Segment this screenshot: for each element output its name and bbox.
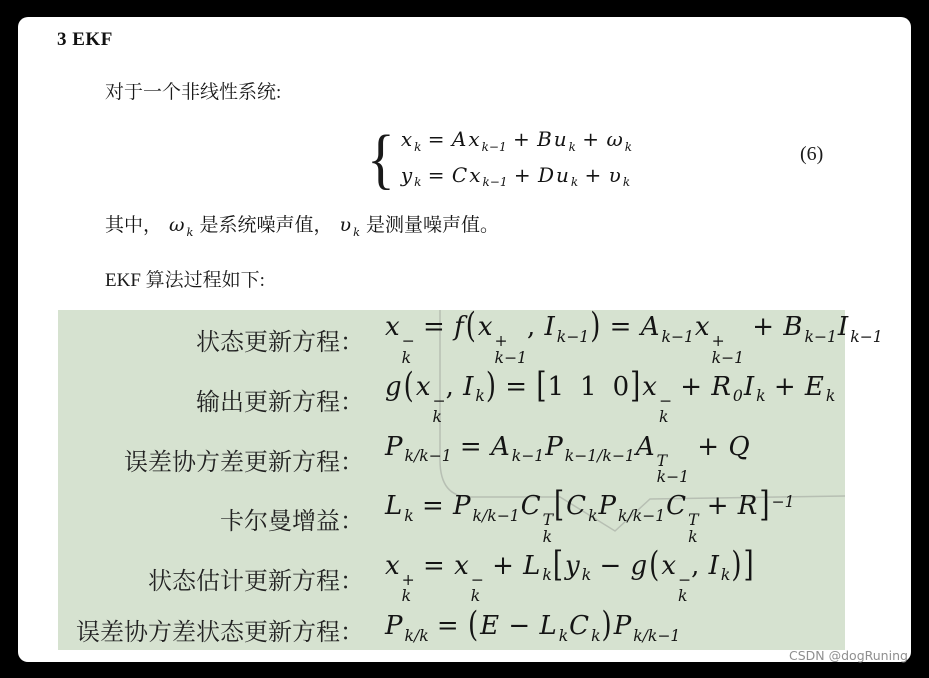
ekf-rows-container: 状态更新方程：x−k = f(x+k−1, Ik−1) = Ak−1x+k−1 … [58, 310, 845, 650]
equation-label: 误差协方差更新方程： [58, 442, 364, 477]
paragraph-noise: 其中， ωk 是系统噪声值， υk 是测量噪声值。 [105, 215, 499, 239]
ekf-equation-row: 输出更新方程：g(x−k, Ik) = [110]x−k + R0Ik + Ek [58, 373, 845, 426]
paragraph-intro: 对于一个非线性系统: [105, 77, 281, 104]
equation-math: x−k = f(x+k−1, Ik−1) = Ak−1x+k−1 + Bk−1I… [384, 313, 883, 366]
equation-label: 状态估计更新方程： [58, 561, 364, 596]
equation-math: x+k = x−k + Lk[yk − g(x−k, Ik)] [384, 552, 755, 605]
equation-math: Pk/k−1 = Ak−1Pk−1/k−1ATk−1 + Q [384, 433, 751, 486]
equation-label: 输出更新方程： [58, 382, 364, 417]
ekf-equation-row: 状态估计更新方程：x+k = x−k + Lk[yk − g(x−k, Ik)] [58, 552, 845, 605]
screenshot-root: { "page": { "heading": "3 EKF", "intro":… [0, 0, 929, 678]
equation-label: 卡尔曼增益： [58, 501, 364, 536]
equation-number: (6) [800, 143, 823, 166]
ekf-equation-row: 误差协方差状态更新方程：Pk/k = (E − LkCk)Pk/k−1 [58, 612, 845, 647]
equation-6-line-2: yk = Cxk−1 + Duk + υk [400, 164, 632, 191]
equation-math: g(x−k, Ik) = [110]x−k + R0Ik + Ek [384, 373, 835, 426]
watermark: CSDN @dogRuning [789, 648, 908, 663]
equation-math: Lk = Pk/k−1CTk[CkPk/k−1CTk + R]−1 [384, 492, 795, 545]
equation-6-lines: xk = Axk−1 + Buk + ωk yk = Cxk−1 + Duk +… [400, 128, 632, 190]
paragraph-ekf-intro: EKF 算法过程如下: [105, 265, 265, 292]
ekf-equation-row: 状态更新方程：x−k = f(x+k−1, Ik−1) = Ak−1x+k−1 … [58, 313, 845, 366]
ekf-equation-row: 误差协方差更新方程：Pk/k−1 = Ak−1Pk−1/k−1ATk−1 + Q [58, 433, 845, 486]
ekf-equation-row: 卡尔曼增益：Lk = Pk/k−1CTk[CkPk/k−1CTk + R]−1 [58, 492, 845, 545]
equation-6: { xk = Axk−1 + Buk + ωk yk = Cxk−1 + Duk… [367, 113, 632, 205]
section-heading: 3 EKF [57, 29, 113, 51]
equation-6-line-1: xk = Axk−1 + Buk + ωk [400, 128, 632, 155]
ekf-equations-block: 状态更新方程：x−k = f(x+k−1, Ik−1) = Ak−1x+k−1 … [58, 310, 845, 650]
equation-math: Pk/k = (E − LkCk)Pk/k−1 [384, 612, 680, 645]
document-page: 3 EKF 对于一个非线性系统: { xk = Axk−1 + Buk + ωk… [18, 17, 911, 662]
equation-label: 误差协方差状态更新方程： [58, 612, 364, 647]
left-brace: { [367, 126, 395, 193]
equation-label: 状态更新方程： [58, 322, 364, 357]
